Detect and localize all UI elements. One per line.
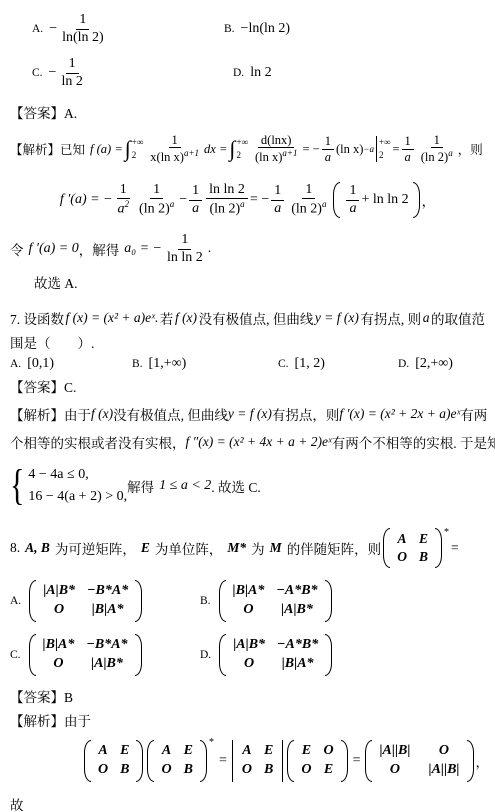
- fraction-numerator: d(lnx): [258, 133, 295, 148]
- y-equals-fx: y = f (x): [228, 406, 272, 422]
- dx-equals: dx =: [204, 142, 227, 157]
- denominator-exponent: a+1: [282, 148, 297, 158]
- matrix-entry: O: [301, 762, 311, 779]
- parenthesized-group: 1 a + ln ln 2: [333, 182, 419, 217]
- fraction-numerator: 1: [66, 56, 79, 73]
- option-a-expression: [0,1): [27, 356, 54, 371]
- system-brace: {: [10, 464, 24, 508]
- right-paren: [325, 634, 332, 676]
- integral: ∫ +∞ 2: [229, 136, 248, 162]
- analysis-text: 有拐点，则: [272, 404, 340, 424]
- denominator-exponent: a: [322, 199, 327, 209]
- matrix-entry: |A|B*: [233, 637, 265, 654]
- fraction-numerator: 1: [76, 12, 89, 29]
- q7-answer: 【答案】C.: [10, 376, 485, 396]
- f-double-prime-expression: f ″(x) = (x² + 4x + a + 2)eˣ: [186, 434, 332, 450]
- option-b-expression: −ln(ln 2): [241, 21, 291, 37]
- option-c-label: C.: [278, 358, 289, 370]
- determinant-cells: AE OB: [235, 740, 280, 782]
- matrix-entry: B: [184, 762, 193, 779]
- determinant: AE OB: [232, 740, 283, 782]
- left-paren: [29, 634, 36, 676]
- determinant-entry: B: [264, 762, 273, 779]
- system-equation-2: 16 − 4(a + 2) > 0,: [28, 489, 127, 506]
- let-text: 令: [10, 239, 24, 259]
- matrix-entry: |B|A*: [43, 637, 75, 654]
- solution-range: 1 ≤ a < 2: [159, 478, 211, 494]
- left-paren: [84, 740, 91, 782]
- matrix-cells: |A|B*−B*A* O|B|A*: [36, 580, 135, 622]
- equals-minus: = −: [302, 142, 319, 157]
- minus-sign: −: [49, 21, 57, 37]
- right-paren: [413, 182, 420, 217]
- q7-analysis-line-2: 个相等的实根或者没有实根， f ″(x) = (x² + 4x + a + 2)…: [10, 432, 485, 452]
- q6-options-row-2: C. − 1 ln 2 D. ln 2: [32, 52, 485, 94]
- option-a-label: A.: [10, 595, 21, 607]
- q6-analysis-line-2: f ′(a) = − 1 a2 1 (ln 2)a − 1 a ln ln 2 …: [10, 178, 485, 222]
- option-b-label: B.: [200, 595, 211, 607]
- q7-option-a: A.[0,1): [10, 356, 132, 372]
- denominator-base: (ln 2): [209, 202, 240, 217]
- power-base: (ln x): [336, 142, 363, 157]
- question-text: 为: [251, 538, 265, 558]
- solve-text: ，解得: [79, 239, 120, 259]
- q8-option-b: B. |B|A*−A*B* O|A|B*: [200, 580, 334, 622]
- matrix-entry: O: [439, 743, 449, 760]
- matrix-entry: B: [419, 549, 428, 565]
- q8-matrix-equation: AE OB AE OB * = AE OB EO: [82, 736, 485, 786]
- a0-equals: a₀ = −: [124, 241, 162, 257]
- q6-options-row-1: A. − 1 ln(ln 2) B. −ln(ln 2): [32, 6, 485, 52]
- matrix-entry: E: [302, 743, 311, 760]
- q8-analysis-lead: 【解析】由于: [10, 710, 485, 730]
- fraction-numerator: 1: [302, 182, 315, 199]
- matrix-entry: O: [244, 656, 254, 673]
- analysis-label: 【解析】由于: [10, 404, 91, 424]
- right-paren: [435, 528, 442, 568]
- block-matrix: |A|B*−B*A* O|B|A*: [29, 580, 142, 622]
- evaluation-bar: +∞ 2: [376, 136, 391, 162]
- q8-options-row-2: C. |B|A*−B*A* O|A|B* D. |A|B*−A*B* O|B|A…: [10, 632, 485, 678]
- matrix-entry: O: [53, 656, 63, 673]
- evaluation-bar-line: [376, 136, 377, 162]
- option-c-label: C.: [10, 649, 21, 661]
- integral-sign: ∫: [229, 138, 235, 160]
- q6-answer: 【答案】A.: [10, 102, 485, 122]
- right-paren: [200, 740, 207, 782]
- matrix-entry: E: [184, 743, 193, 760]
- option-b-expression: [1,+∞): [149, 356, 187, 371]
- q6-analysis-line-1: 【解析】已知 f (a) = ∫ +∞ 2 1 x(ln x)a+1 dx = …: [10, 128, 485, 170]
- q8-option-d: D. |A|B*−A*B* O|B|A*: [200, 634, 334, 676]
- fraction: 1 a2: [115, 182, 133, 218]
- f-prime-head: f ′(a) = −: [60, 192, 113, 208]
- fraction: 1 (ln 2)a: [418, 133, 456, 165]
- option-a-label: A.: [10, 358, 21, 370]
- block-matrix: |A||B|O O|A||B|: [365, 740, 473, 782]
- question-text: 围是（ ）.: [10, 332, 94, 352]
- matrix-entry: −A*B*: [277, 637, 318, 654]
- left-paren: [365, 740, 372, 782]
- equation-system: 4 − 4a ≤ 0, 16 − 4(a + 2) > 0,: [28, 467, 127, 506]
- right-paren: [135, 580, 142, 622]
- left-paren: [147, 740, 154, 782]
- analysis-text: 没有极值点, 但曲线: [113, 404, 228, 424]
- question-number-text: 8.: [10, 540, 20, 556]
- fraction-denominator: (ln 2)a: [418, 148, 456, 165]
- fraction-denominator: x(ln x)a+1: [147, 148, 202, 165]
- q7-option-c: C.[1, 2): [278, 356, 398, 372]
- matrix-entry: A: [98, 743, 107, 760]
- left-paren: [219, 580, 226, 622]
- matrix-entry: A: [398, 531, 407, 547]
- block-matrix: AE OB: [383, 528, 442, 568]
- equals-sign: =: [392, 142, 399, 157]
- line-tail: ，则: [458, 140, 483, 158]
- q7-system-line: { 4 − 4a ≤ 0, 16 − 4(a + 2) > 0, 解得 1 ≤ …: [10, 460, 485, 512]
- matrix-entry: |A|B*: [91, 656, 123, 673]
- tail-text: 故: [10, 794, 24, 812]
- q6-conclusion: 故选 A.: [34, 272, 485, 292]
- upper-limit: +∞: [236, 138, 248, 147]
- f-prime-zero: f ′(a) = 0: [29, 241, 79, 257]
- fraction: 1 x(ln x)a+1: [147, 133, 202, 165]
- q6-option-a: A. − 1 ln(ln 2): [32, 12, 224, 45]
- fraction-numerator: 1: [271, 183, 284, 200]
- denominator-base: x(ln x): [150, 151, 184, 165]
- option-b-label: B.: [132, 358, 143, 370]
- integral-limits: +∞ 2: [132, 136, 144, 162]
- option-d-label: D.: [398, 358, 409, 370]
- fraction-denominator: a: [189, 201, 202, 217]
- option-b-label: B.: [224, 23, 235, 35]
- matrix-entry: −A*B*: [276, 583, 317, 600]
- determinant-entry: O: [242, 762, 252, 779]
- matrix-entry: O: [390, 762, 400, 779]
- fraction: 1 a: [402, 134, 414, 164]
- matrices-a-b: A, B: [25, 540, 50, 556]
- fraction-denominator: ln ln 2: [164, 250, 206, 266]
- equals-sign: =: [451, 540, 459, 556]
- fraction-denominator: (ln 2)a: [288, 199, 329, 218]
- fraction: 1 a: [271, 183, 284, 216]
- matrix-entry: O: [98, 762, 108, 779]
- matrix-entry: A: [162, 743, 171, 760]
- fraction: 1 a: [322, 134, 334, 164]
- upper-limit: +∞: [132, 138, 144, 147]
- right-paren: [135, 634, 142, 676]
- matrix-entry: |A|B*: [281, 602, 313, 619]
- conclusion-text: 故选 A.: [34, 272, 78, 292]
- q8-option-c: C. |B|A*−B*A* O|A|B*: [10, 634, 200, 676]
- block-matrix: EO OE: [287, 740, 347, 782]
- block-matrix: AE OB: [84, 740, 143, 782]
- block-matrix: |A|B*−A*B* O|B|A*: [219, 634, 332, 676]
- q8-tail: 故: [10, 794, 485, 812]
- fraction: 1 ln(ln 2): [59, 12, 107, 45]
- fraction-denominator: a: [346, 201, 359, 217]
- denominator-exponent: a: [448, 148, 453, 158]
- question-number-text: 7. 设函数: [10, 308, 64, 328]
- fraction: ln ln 2 (ln 2)a: [206, 182, 248, 218]
- f-of-a: f (a) =: [90, 142, 123, 157]
- answer-text: 【答案】B: [10, 686, 73, 706]
- matrix-entry: O: [243, 602, 253, 619]
- equals-sign: =: [353, 753, 361, 769]
- matrix-entry: |A||B|: [379, 743, 410, 760]
- equals-minus: = −: [250, 192, 269, 208]
- minus-sign: −: [179, 192, 187, 208]
- identity-e: E: [141, 540, 150, 556]
- block-matrix: |B|A*−B*A* O|A|B*: [29, 634, 142, 676]
- left-paren: [29, 580, 36, 622]
- option-d-label: D.: [200, 649, 211, 661]
- matrix-cells: |B|A*−B*A* O|A|B*: [36, 634, 135, 676]
- adjugate-star: *: [444, 527, 449, 538]
- matrix-cells: |A|B*−A*B* O|B|A*: [226, 634, 325, 676]
- fraction: 1 (ln 2)a: [288, 182, 329, 218]
- answer-text: 【答案】A.: [10, 102, 77, 122]
- document-page: A. − 1 ln(ln 2) B. −ln(ln 2) C. − 1 ln 2…: [0, 0, 495, 812]
- upper-limit: +∞: [379, 138, 391, 147]
- fx-definition: f (x) = (x² + a)eˣ.: [66, 310, 159, 326]
- matrix-entry: O: [54, 602, 64, 619]
- fraction: d(lnx) (ln x)a+1: [252, 133, 301, 165]
- q6-analysis-line-3: 令 f ′(a) = 0 ，解得 a₀ = − 1 ln ln 2 .: [10, 230, 485, 268]
- matrix-entry: O: [397, 549, 407, 565]
- analysis-text: 个相等的实根或者没有实根，: [10, 432, 186, 452]
- q7-options-row: A.[0,1) B.[1,+∞) C.[1, 2) D.[2,+∞): [10, 356, 485, 372]
- right-paren: [467, 740, 474, 782]
- fraction-numerator: 1: [178, 232, 191, 249]
- determinant-entry: E: [264, 743, 273, 760]
- conclusion-text: . 故选 C.: [211, 476, 261, 496]
- fraction-numerator: 1: [322, 134, 334, 149]
- fraction: 1 ln 2: [58, 56, 85, 89]
- question-text: 为单位阵，: [155, 538, 223, 558]
- fraction: 1 a: [346, 183, 359, 216]
- option-d-expression: ln 2: [250, 65, 271, 81]
- m-star: M*: [227, 540, 246, 556]
- matrix-entry: |A|B*: [43, 583, 75, 600]
- fx: f (x): [91, 406, 113, 422]
- fraction-numerator: 1: [169, 133, 181, 148]
- fraction-numerator: 1: [150, 182, 163, 199]
- option-d-expression: [2,+∞): [415, 356, 453, 371]
- matrix-entry: B: [120, 762, 129, 779]
- f-prime-expression: f ′(x) = (x² + 2x + a)eˣ: [339, 406, 460, 422]
- denominator-exponent: a+1: [184, 148, 199, 158]
- fraction-denominator: (ln 2)a: [206, 199, 247, 218]
- question-text: 的取值范: [431, 308, 485, 328]
- comma: ，: [422, 190, 436, 210]
- matrix-m: M: [270, 540, 282, 556]
- fraction-denominator: a2: [115, 199, 133, 218]
- power-exponent: −a: [363, 144, 374, 154]
- lower-limit: 2: [379, 151, 391, 160]
- integral: ∫ +∞ 2: [125, 136, 144, 162]
- matrix-cells: AE OB: [154, 740, 199, 782]
- denominator-exponent: a: [170, 199, 175, 209]
- q8-answer: 【答案】B: [10, 686, 485, 706]
- fraction-denominator: ln(ln 2): [59, 30, 107, 46]
- q7-analysis-line-1: 【解析】由于 f (x) 没有极值点, 但曲线 y = f (x) 有拐点，则 …: [10, 404, 485, 424]
- denominator-exponent: 2: [125, 199, 130, 209]
- integral-sign: ∫: [125, 138, 131, 160]
- solve-text: 解得: [127, 476, 154, 496]
- variable-a: a: [423, 310, 430, 326]
- question-text: 若: [160, 308, 174, 328]
- option-c-label: C.: [32, 67, 43, 79]
- q7-question-line-2: 围是（ ）.: [10, 332, 485, 352]
- q7-option-b: B.[1,+∞): [132, 356, 278, 372]
- lower-limit: 2: [132, 151, 144, 160]
- left-paren: [287, 740, 294, 782]
- fraction-numerator: 1: [402, 134, 414, 149]
- matrix-cells: AE OB: [91, 740, 136, 782]
- left-paren: [383, 528, 390, 568]
- right-bar: [280, 740, 283, 782]
- question-text: 有拐点, 则: [360, 308, 421, 328]
- fraction-numerator: 1: [346, 183, 359, 200]
- denominator-base: a: [118, 202, 125, 217]
- matrix-entry: E: [419, 531, 428, 547]
- answer-text: 【答案】C.: [10, 376, 76, 396]
- system-equation-1: 4 − 4a ≤ 0,: [28, 467, 127, 484]
- analysis-label: 【解析】已知: [10, 140, 85, 158]
- fraction: 1 ln ln 2: [164, 232, 206, 265]
- right-paren: [136, 740, 143, 782]
- q8-options-row-1: A. |A|B*−B*A* O|B|A* B. |B|A*−A*B* O|A|B…: [10, 578, 485, 624]
- fraction-denominator: (ln x)a+1: [252, 148, 301, 165]
- matrix-cells: AE OB: [390, 528, 435, 568]
- option-a-label: A.: [32, 23, 43, 35]
- left-paren: [219, 634, 226, 676]
- q7-option-d: D.[2,+∞): [398, 356, 453, 372]
- minus-sign: −: [49, 65, 57, 81]
- block-matrix: AE OB: [147, 740, 206, 782]
- lower-limit: 2: [236, 151, 248, 160]
- matrix-entry: |B|A*: [92, 602, 124, 619]
- matrix-entry: |B|A*: [282, 656, 314, 673]
- matrix-cells: EO OE: [294, 740, 340, 782]
- matrix-cells: |B|A*−A*B* O|A|B*: [226, 580, 325, 622]
- fraction: 1 (ln 2)a: [136, 182, 177, 218]
- analysis-text: 有两个不相等的实根. 于是知: [332, 432, 495, 452]
- matrix-entry: O: [161, 762, 171, 779]
- fraction-denominator: (ln 2)a: [136, 199, 177, 218]
- plus-ln-ln-2: + ln ln 2: [361, 192, 408, 208]
- option-d-label: D.: [233, 67, 244, 79]
- option-c-expression: [1, 2): [295, 356, 325, 371]
- question-text: 没有极值点, 但曲线: [199, 308, 314, 328]
- fraction: 1 a: [189, 183, 202, 216]
- matrix-entry: O: [323, 743, 333, 760]
- fraction-denominator: a: [402, 150, 414, 164]
- denominator-base: (ln x): [255, 151, 282, 165]
- matrix-entry: −B*A*: [86, 637, 127, 654]
- left-paren: [333, 182, 340, 217]
- matrix-entry: E: [324, 762, 333, 779]
- block-matrix: |B|A*−A*B* O|A|B*: [219, 580, 332, 622]
- denominator-base: (ln 2): [139, 202, 170, 217]
- q8-option-a: A. |A|B*−B*A* O|B|A*: [10, 580, 200, 622]
- integral-limits: +∞ 2: [236, 136, 248, 162]
- matrix-entry: |A||B|: [428, 762, 459, 779]
- matrix-cells: |A||B|O O|A||B|: [372, 740, 466, 782]
- matrix-entry: |B|A*: [233, 583, 265, 600]
- denominator-base: (ln 2): [421, 151, 448, 165]
- y-equals-fx: y = f (x): [315, 310, 359, 326]
- question-text: 的伴随矩阵，则: [287, 538, 382, 558]
- fraction-denominator: a: [322, 150, 334, 164]
- determinant-entry: A: [242, 743, 251, 760]
- q6-option-b: B. −ln(ln 2): [224, 21, 290, 37]
- fraction-denominator: a: [271, 201, 284, 217]
- denominator-base: (ln 2): [291, 202, 322, 217]
- question-text: 为可逆矩阵，: [55, 538, 136, 558]
- fx: f (x): [175, 310, 197, 326]
- denominator-exponent: a: [240, 199, 245, 209]
- fraction-numerator: 1: [431, 133, 443, 148]
- q8-question-line: 8. A, B 为可逆矩阵， E 为单位阵， M* 为 M 的伴随矩阵，则 AE…: [10, 526, 485, 570]
- fraction-numerator: ln ln 2: [206, 182, 248, 199]
- fraction-numerator: 1: [189, 183, 202, 200]
- equals-sign: =: [219, 753, 227, 769]
- paren-content: 1 a + ln ln 2: [340, 182, 412, 217]
- evaluation-limits: +∞ 2: [379, 136, 391, 162]
- fraction-denominator: ln 2: [58, 74, 85, 90]
- comma: ，: [476, 751, 490, 771]
- q6-option-c: C. − 1 ln 2: [32, 56, 224, 89]
- right-paren: [325, 580, 332, 622]
- matrix-entry: −B*A*: [87, 583, 128, 600]
- q7-question-line-1: 7. 设函数 f (x) = (x² + a)eˣ. 若 f (x) 没有极值点…: [10, 308, 485, 328]
- fraction-numerator: 1: [117, 182, 130, 199]
- right-paren: [341, 740, 348, 782]
- analysis-label: 【解析】由于: [10, 710, 91, 730]
- period: .: [208, 241, 212, 257]
- q6-option-d: D. ln 2: [233, 65, 272, 81]
- analysis-text: 有两: [460, 404, 487, 424]
- adjugate-star: *: [209, 737, 214, 748]
- matrix-entry: E: [120, 743, 129, 760]
